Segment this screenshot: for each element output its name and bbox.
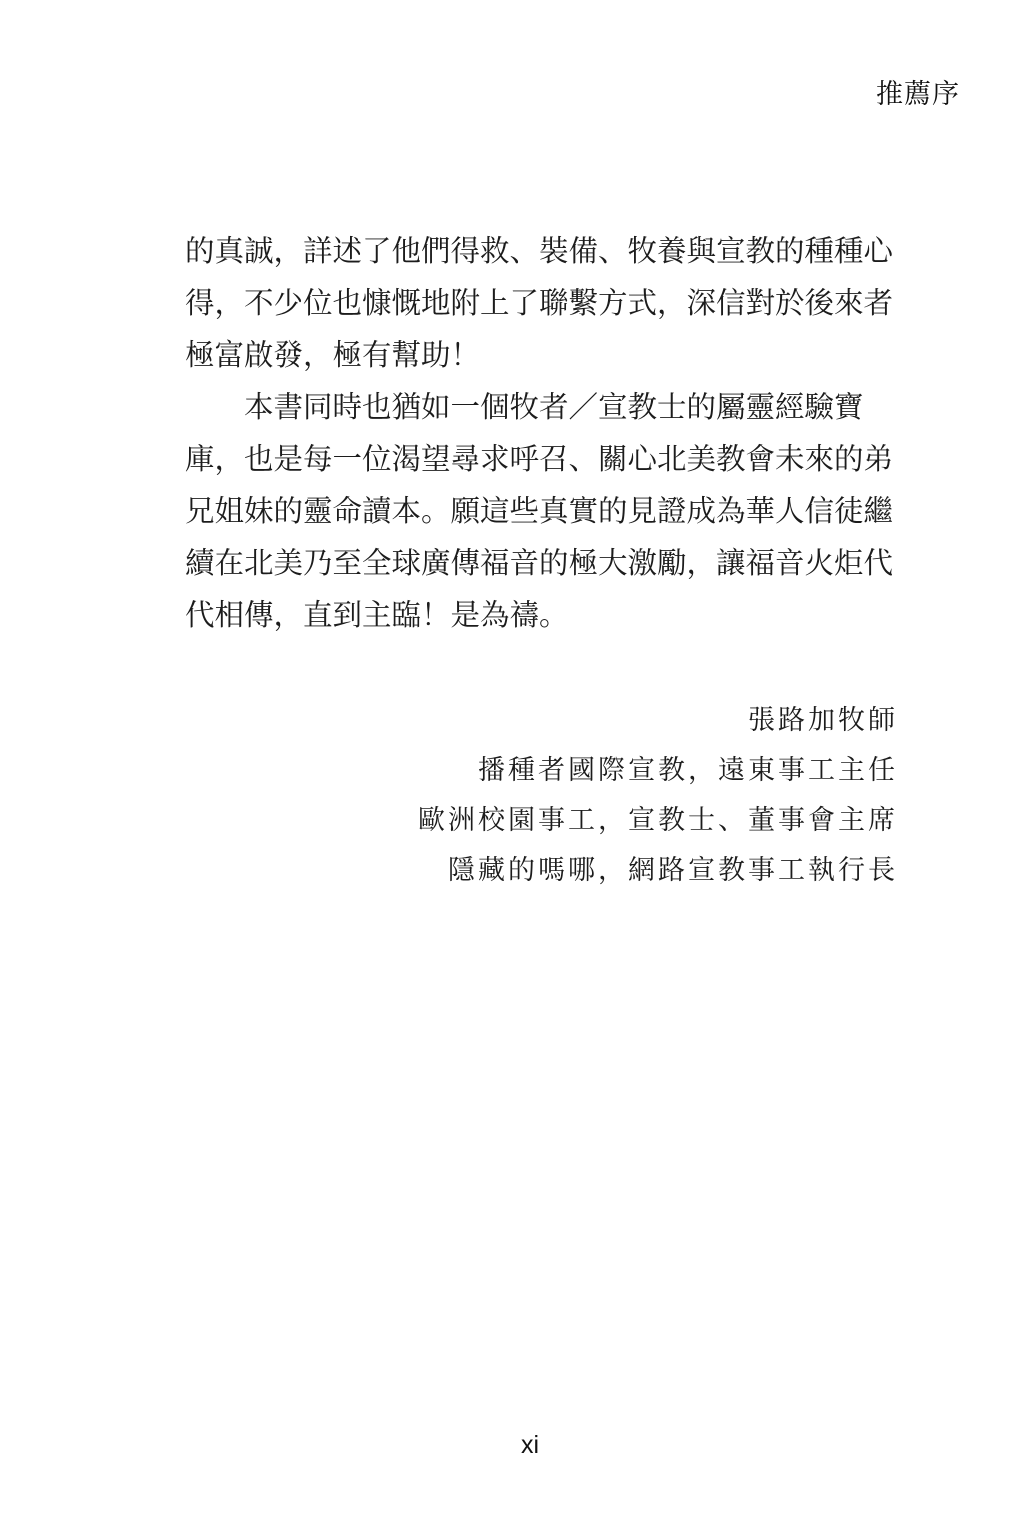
body-text: 的真誠，詳述了他們得救、裝備、牧養與宣教的種種心得，不少位也慷慨地附上了聯繫方式…: [185, 226, 899, 642]
text-line: 極富啟發，極有幫助！: [185, 330, 899, 382]
text-line: 得，不少位也慷慨地附上了聯繫方式，深信對於後來者: [185, 278, 899, 330]
text-line: 庫，也是每一位渴望尋求呼召、關心北美教會未來的弟: [185, 434, 899, 486]
text-line: 的真誠，詳述了他們得救、裝備、牧養與宣教的種種心: [185, 226, 899, 278]
signature-line: 張路加牧師: [418, 695, 898, 745]
running-header: 推薦序: [876, 79, 960, 109]
book-page: 推薦序 的真誠，詳述了他們得救、裝備、牧養與宣教的種種心得，不少位也慷慨地附上了…: [0, 0, 1024, 1530]
signature-line: 歐洲校園事工，宣教士、董事會主席: [418, 795, 898, 845]
signature-block: 張路加牧師播種者國際宣教，遠東事工主任歐洲校園事工，宣教士、董事會主席隱藏的嗎哪…: [418, 695, 898, 895]
page-number: xi: [185, 1430, 875, 1460]
text-line: 代相傳，直到主臨！是為禱。: [185, 590, 899, 642]
signature-line: 播種者國際宣教，遠東事工主任: [418, 745, 898, 795]
paragraph: 本書同時也猶如一個牧者／宣教士的屬靈經驗寶庫，也是每一位渴望尋求呼召、關心北美教…: [185, 382, 899, 642]
text-line: 本書同時也猶如一個牧者／宣教士的屬靈經驗寶: [185, 382, 899, 434]
signature-line: 隱藏的嗎哪，網路宣教事工執行長: [418, 845, 898, 895]
text-line: 續在北美乃至全球廣傳福音的極大激勵，讓福音火炬代: [185, 538, 899, 590]
text-line: 兄姐妹的靈命讀本。願這些真實的見證成為華人信徒繼: [185, 486, 899, 538]
paragraph: 的真誠，詳述了他們得救、裝備、牧養與宣教的種種心得，不少位也慷慨地附上了聯繫方式…: [185, 226, 899, 382]
